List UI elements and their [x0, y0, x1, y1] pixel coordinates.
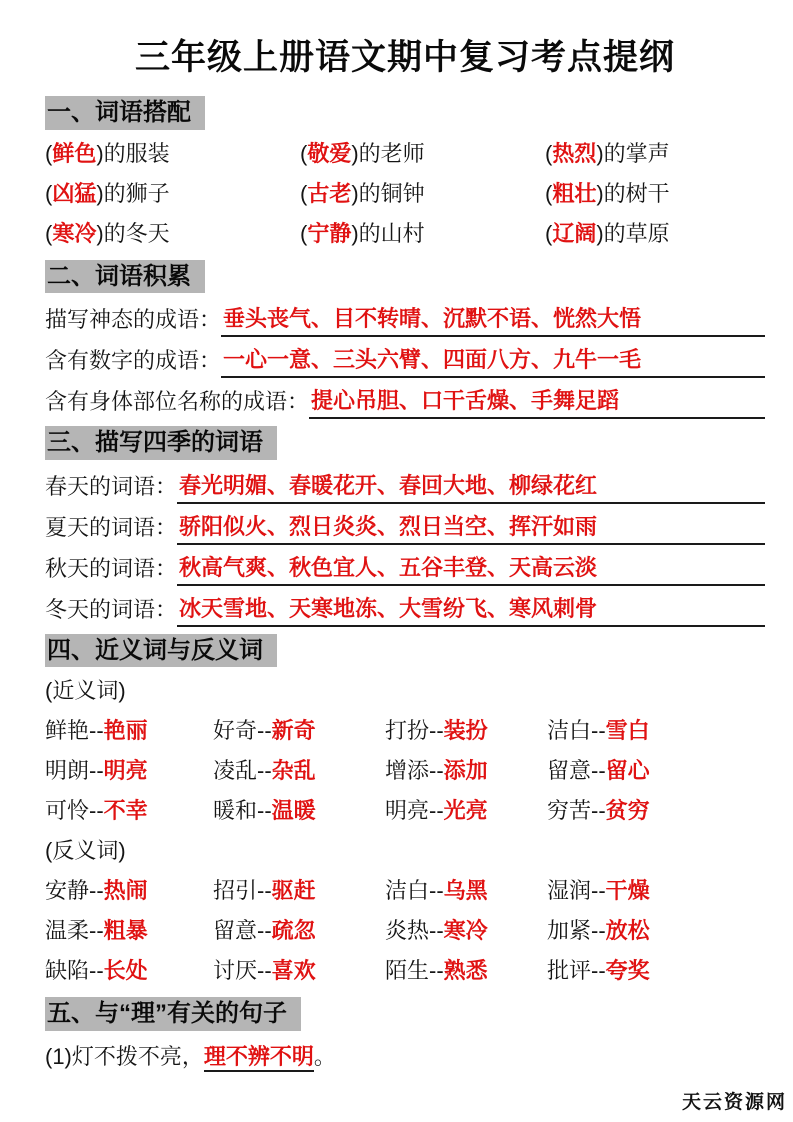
fill-line-answer: 提心吊胆、口干舌燥、手舞足蹈	[311, 388, 619, 413]
pair-rest: 的冬天	[104, 221, 170, 246]
synonym-pair: 留意--留心	[547, 751, 765, 791]
answer-word: 鲜色	[52, 141, 96, 166]
paren-close: )	[351, 221, 358, 246]
pair-rest: 的草原	[604, 221, 670, 246]
fill-line-label: 冬天的词语：	[45, 593, 177, 627]
source-word: 安静--	[45, 878, 104, 903]
antonym-pair: 洁白--乌黑	[385, 871, 547, 911]
fill-line-rule: 提心吊胆、口干舌燥、手舞足蹈	[309, 385, 765, 419]
fill-line-rule: 骄阳似火、烈日炎炎、烈日当空、挥汗如雨	[177, 511, 765, 545]
synonym-pair: 打扮--装扮	[385, 711, 547, 751]
fill-line-label: 夏天的词语：	[45, 511, 177, 545]
watermark: 天云资源网	[682, 1087, 787, 1114]
pair-rest: 的铜钟	[359, 181, 425, 206]
synonym-pair: 洁白--雪白	[547, 711, 765, 751]
word-collocation-grid: (鲜色)的服装 (敬爱)的老师 (热烈)的掌声 (凶猛)的狮子 (古老)的铜钟 …	[45, 134, 765, 254]
fill-line-answer: 一心一意、三头六臂、四面八方、九牛一毛	[223, 347, 641, 372]
synonym-pair: 暖和--温暖	[213, 791, 385, 831]
answer-word: 热烈	[552, 141, 596, 166]
source-word: 穷苦--	[547, 798, 606, 823]
word-pair: (敬爱)的老师	[300, 134, 545, 174]
answer-word: 艳丽	[104, 718, 148, 743]
fill-line-label: 含有身体部位名称的成语：	[45, 385, 309, 419]
synonym-pair: 鲜艳--艳丽	[45, 711, 213, 751]
source-word: 凌乱--	[213, 758, 272, 783]
answer-word: 明亮	[104, 758, 148, 783]
fill-line-label: 含有数字的成语：	[45, 344, 221, 378]
fill-line-rule: 垂头丧气、目不转晴、沉默不语、恍然大悟	[221, 303, 765, 337]
source-word: 洁白--	[385, 878, 444, 903]
fill-line-rule: 一心一意、三头六臂、四面八方、九牛一毛	[221, 344, 765, 378]
fill-line-rule: 秋高气爽、秋色宜人、五谷丰登、天高云淡	[177, 552, 765, 586]
source-word: 批评--	[547, 958, 606, 983]
source-word: 缺陷--	[45, 958, 104, 983]
source-word: 洁白--	[547, 718, 606, 743]
source-word: 湿润--	[547, 878, 606, 903]
antonyms-grid: 安静--热闹 招引--驱赶 洁白--乌黑 湿润--干燥 温柔--粗暴 留意--疏…	[45, 871, 765, 991]
source-word: 讨厌--	[213, 958, 272, 983]
pair-rest: 的狮子	[104, 181, 170, 206]
answer-word: 贫穷	[606, 798, 650, 823]
document-page: 三年级上册语文期中复习考点提纲 一、词语搭配 (鲜色)的服装 (敬爱)的老师 (…	[0, 0, 793, 1077]
synonym-pair: 明朗--明亮	[45, 751, 213, 791]
antonym-pair: 炎热--寒冷	[385, 911, 547, 951]
synonyms-label: (近义词)	[45, 671, 765, 711]
fill-line-answer: 冰天雪地、天寒地冻、大雪纷飞、寒风刺骨	[179, 596, 597, 621]
answer-word: 敬爱	[307, 141, 351, 166]
antonym-pair: 招引--驱赶	[213, 871, 385, 911]
antonym-pair: 讨厌--喜欢	[213, 951, 385, 991]
fill-line-label: 春天的词语：	[45, 470, 177, 504]
fill-line-row: 含有数字的成语： 一心一意、三头六臂、四面八方、九牛一毛	[45, 338, 765, 378]
antonym-pair: 留意--疏忽	[213, 911, 385, 951]
paren-close: )	[96, 141, 103, 166]
answer-word: 光亮	[444, 798, 488, 823]
answer-word: 凶猛	[52, 181, 96, 206]
fill-line-row: 秋天的词语： 秋高气爽、秋色宜人、五谷丰登、天高云淡	[45, 546, 765, 586]
section-3-heading: 三、描写四季的词语	[45, 426, 277, 460]
word-pair: (古老)的铜钟	[300, 174, 545, 214]
section-4-heading: 四、近义词与反义词	[45, 634, 277, 668]
answer-word: 不幸	[104, 798, 148, 823]
answer-word: 杂乱	[272, 758, 316, 783]
paren-close: )	[596, 141, 603, 166]
sentence-prefix: (1)灯不拨不亮，	[45, 1044, 204, 1069]
paren-close: )	[596, 181, 603, 206]
section-2-heading: 二、词语积累	[45, 260, 205, 294]
antonym-pair: 安静--热闹	[45, 871, 213, 911]
fill-line-rule: 春光明媚、春暖花开、春回大地、柳绿花红	[177, 470, 765, 504]
pair-rest: 的树干	[604, 181, 670, 206]
source-word: 好奇--	[213, 718, 272, 743]
antonym-pair: 温柔--粗暴	[45, 911, 213, 951]
source-word: 明朗--	[45, 758, 104, 783]
source-word: 招引--	[213, 878, 272, 903]
example-sentence: (1)灯不拨不亮，理不辨不明。	[45, 1037, 765, 1077]
source-word: 留意--	[213, 918, 272, 943]
synonym-pair: 可怜--不幸	[45, 791, 213, 831]
word-pair: (寒冷)的冬天	[45, 214, 300, 254]
answer-word: 新奇	[272, 718, 316, 743]
fill-line-answer: 秋高气爽、秋色宜人、五谷丰登、天高云淡	[179, 555, 597, 580]
fill-line-row: 冬天的词语： 冰天雪地、天寒地冻、大雪纷飞、寒风刺骨	[45, 587, 765, 627]
paren-close: )	[96, 221, 103, 246]
fill-line-row: 夏天的词语： 骄阳似火、烈日炎炎、烈日当空、挥汗如雨	[45, 505, 765, 545]
section-5-heading: 五、与“理”有关的句子	[45, 997, 301, 1031]
word-pair: (热烈)的掌声	[545, 134, 765, 174]
answer-word: 喜欢	[272, 958, 316, 983]
answer-word: 干燥	[606, 878, 650, 903]
answer-word: 寒冷	[444, 918, 488, 943]
fill-line-row: 含有身体部位名称的成语： 提心吊胆、口干舌燥、手舞足蹈	[45, 379, 765, 419]
antonym-pair: 加紧--放松	[547, 911, 765, 951]
synonym-pair: 明亮--光亮	[385, 791, 547, 831]
answer-word: 疏忽	[272, 918, 316, 943]
answer-word: 夸奖	[606, 958, 650, 983]
antonym-pair: 湿润--干燥	[547, 871, 765, 911]
source-word: 炎热--	[385, 918, 444, 943]
answer-word: 留心	[606, 758, 650, 783]
source-word: 暖和--	[213, 798, 272, 823]
answer-word: 放松	[606, 918, 650, 943]
pair-rest: 的服装	[104, 141, 170, 166]
answer-word: 添加	[444, 758, 488, 783]
source-word: 可怜--	[45, 798, 104, 823]
fill-line-row: 描写神态的成语： 垂头丧气、目不转晴、沉默不语、恍然大悟	[45, 297, 765, 337]
answer-word: 粗暴	[104, 918, 148, 943]
synonym-pair: 增添--添加	[385, 751, 547, 791]
word-pair: (辽阔)的草原	[545, 214, 765, 254]
word-pair: (凶猛)的狮子	[45, 174, 300, 214]
answer-word: 寒冷	[52, 221, 96, 246]
word-pair: (鲜色)的服装	[45, 134, 300, 174]
answer-word: 温暖	[272, 798, 316, 823]
pair-rest: 的山村	[359, 221, 425, 246]
synonyms-grid: 鲜艳--艳丽 好奇--新奇 打扮--装扮 洁白--雪白 明朗--明亮 凌乱--杂…	[45, 711, 765, 831]
antonyms-label: (反义词)	[45, 831, 765, 871]
source-word: 打扮--	[385, 718, 444, 743]
paren-close: )	[351, 141, 358, 166]
fill-line-label: 秋天的词语：	[45, 552, 177, 586]
source-word: 鲜艳--	[45, 718, 104, 743]
pair-rest: 的老师	[359, 141, 425, 166]
fill-line-rule: 冰天雪地、天寒地冻、大雪纷飞、寒风刺骨	[177, 593, 765, 627]
answer-word: 长处	[104, 958, 148, 983]
source-word: 增添--	[385, 758, 444, 783]
pair-rest: 的掌声	[604, 141, 670, 166]
answer-word: 粗壮	[552, 181, 596, 206]
antonym-pair: 缺陷--长处	[45, 951, 213, 991]
antonym-pair: 批评--夸奖	[547, 951, 765, 991]
synonym-pair: 穷苦--贫穷	[547, 791, 765, 831]
fill-line-answer: 春光明媚、春暖花开、春回大地、柳绿花红	[179, 473, 597, 498]
answer-word: 乌黑	[444, 878, 488, 903]
source-word: 明亮--	[385, 798, 444, 823]
source-word: 温柔--	[45, 918, 104, 943]
source-word: 留意--	[547, 758, 606, 783]
antonym-pair: 陌生--熟悉	[385, 951, 547, 991]
answer-word: 雪白	[606, 718, 650, 743]
synonym-pair: 凌乱--杂乱	[213, 751, 385, 791]
answer-word: 宁静	[307, 221, 351, 246]
sentence-suffix: 。	[314, 1044, 336, 1069]
page-title: 三年级上册语文期中复习考点提纲	[45, 30, 765, 80]
fill-line-answer: 垂头丧气、目不转晴、沉默不语、恍然大悟	[223, 306, 641, 331]
answer-word: 驱赶	[272, 878, 316, 903]
answer-word: 热闹	[104, 878, 148, 903]
section-1-heading: 一、词语搭配	[45, 96, 205, 130]
fill-line-label: 描写神态的成语：	[45, 303, 221, 337]
paren-close: )	[351, 181, 358, 206]
answer-word: 辽阔	[552, 221, 596, 246]
sentence-answer: 理不辨不明	[204, 1044, 314, 1072]
answer-word: 装扮	[444, 718, 488, 743]
answer-word: 熟悉	[444, 958, 488, 983]
paren-close: )	[96, 181, 103, 206]
synonym-pair: 好奇--新奇	[213, 711, 385, 751]
source-word: 陌生--	[385, 958, 444, 983]
fill-line-answer: 骄阳似火、烈日炎炎、烈日当空、挥汗如雨	[179, 514, 597, 539]
paren-close: )	[596, 221, 603, 246]
fill-line-row: 春天的词语： 春光明媚、春暖花开、春回大地、柳绿花红	[45, 464, 765, 504]
word-pair: (宁静)的山村	[300, 214, 545, 254]
answer-word: 古老	[307, 181, 351, 206]
word-pair: (粗壮)的树干	[545, 174, 765, 214]
source-word: 加紧--	[547, 918, 606, 943]
